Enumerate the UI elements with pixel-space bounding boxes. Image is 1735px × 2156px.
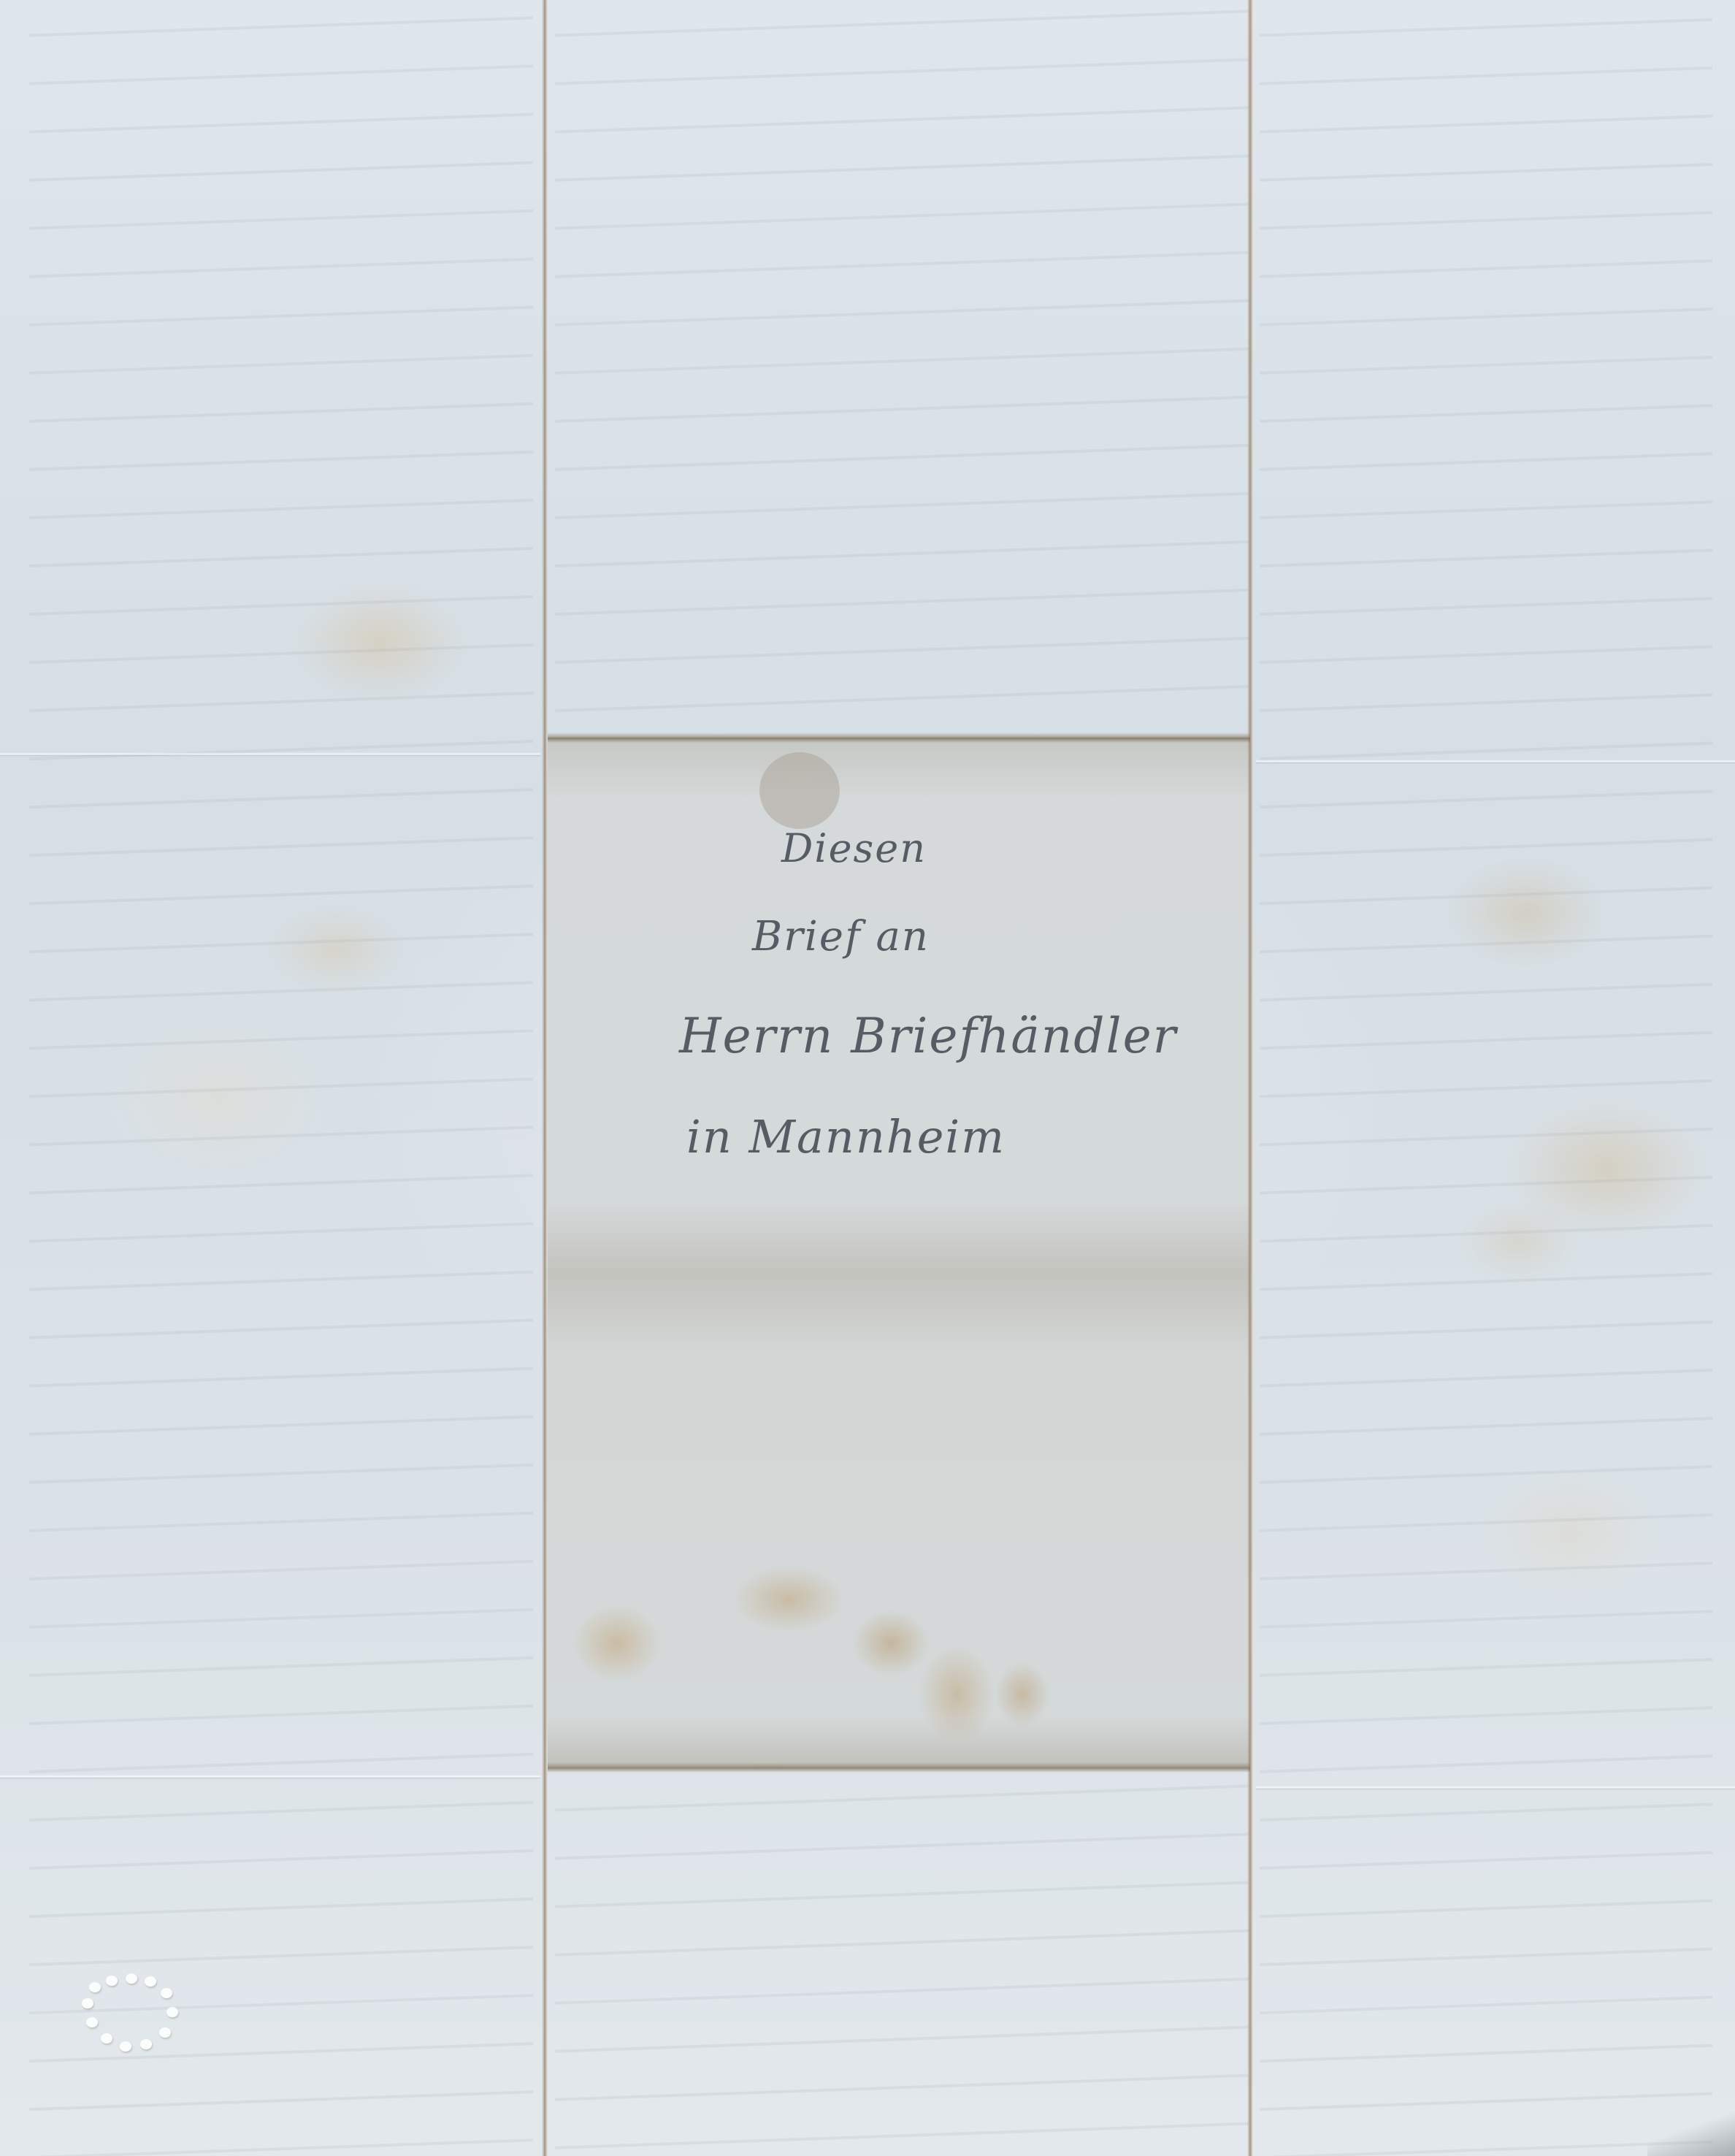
seal-mark — [759, 752, 840, 829]
crease-right-upper — [1256, 760, 1735, 764]
letter-sheet: Diesen Brief an Herrn Briefhändler in Ma… — [0, 0, 1735, 2156]
address-line-1: Diesen — [781, 825, 927, 871]
crease-left-upper — [0, 752, 540, 757]
fold-line-bottom — [548, 1762, 1250, 1773]
crease-right-lower — [1256, 1786, 1735, 1790]
address-line-2: Brief an — [752, 913, 930, 960]
fold-line-right — [1247, 0, 1253, 2156]
address-line-3: Herrn Briefhändler — [679, 1008, 1177, 1064]
fold-line-left — [542, 0, 548, 2156]
crease-left-lower — [0, 1775, 540, 1779]
bleed-through-text-bottom — [555, 1775, 1249, 2156]
bleed-through-text-right — [1260, 0, 1712, 2156]
bleed-through-text-left — [29, 0, 533, 2156]
page-corner-shadow — [1647, 2112, 1735, 2156]
bleed-through-text-top — [555, 0, 1249, 730]
fold-line-top — [548, 733, 1250, 743]
address-panel — [548, 738, 1250, 1767]
embossed-stamp-icon — [73, 1972, 183, 2052]
address-line-4: in Mannheim — [686, 1110, 1006, 1163]
